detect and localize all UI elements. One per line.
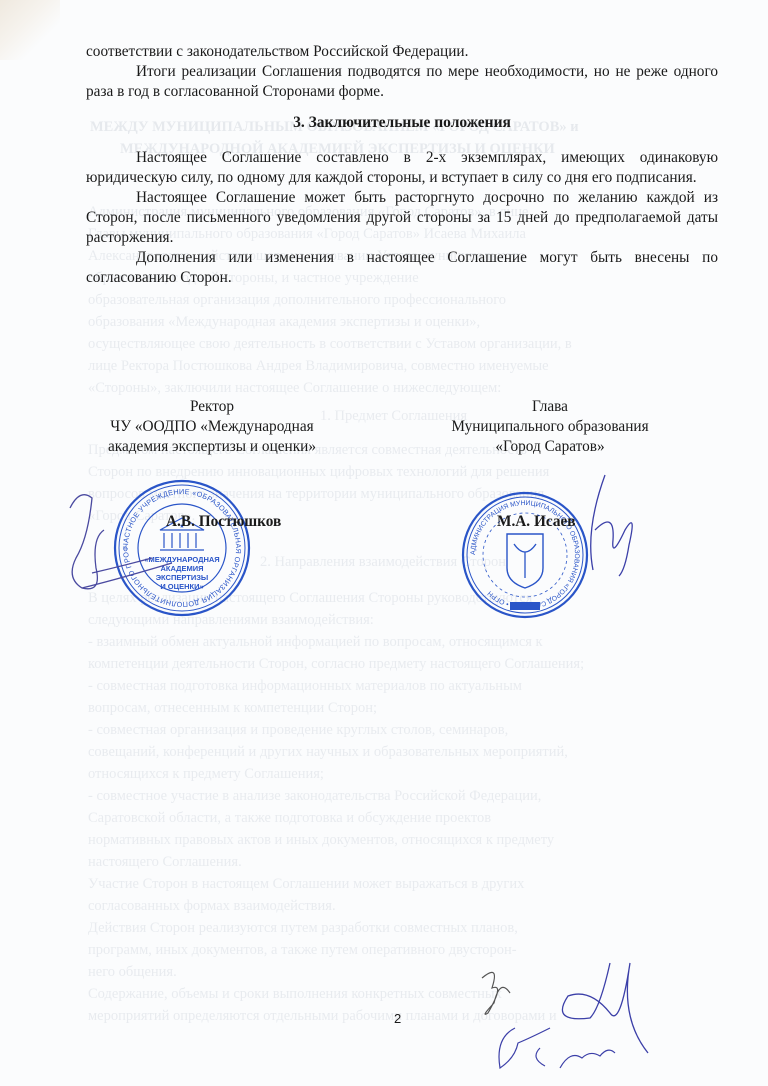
initials-signatures-icon <box>470 958 720 1086</box>
paragraph: Настоящее Соглашение составлено в 2-х эк… <box>86 148 718 188</box>
signatory-title: Глава <box>420 397 680 417</box>
signatory-org: академия экспертизы и оценки» <box>82 437 342 457</box>
paragraph: Итоги реализации Соглашения подводятся п… <box>86 62 718 102</box>
signatory-name-left: А.В. Постюшков <box>166 513 281 531</box>
page-number: 2 <box>394 1011 401 1026</box>
paragraph: Дополнения или изменения в настоящее Сог… <box>86 248 718 288</box>
signature-right-icon <box>575 470 645 580</box>
signatory-title: Ректор <box>82 397 342 417</box>
signatory-name-right: М.А. Исаев <box>497 513 576 531</box>
paragraph: Настоящее Соглашение может быть расторгн… <box>86 188 718 248</box>
document-body: соответствии с законодательством Российс… <box>86 42 718 288</box>
signatory-right: Глава Муниципального образования «Город … <box>420 397 680 457</box>
paragraph: соответствии с законодательством Российс… <box>86 42 718 62</box>
signatory-org: ЧУ «ООДПО «Международная <box>82 417 342 437</box>
signatory-org: «Город Саратов» <box>420 437 680 457</box>
city-administration-stamp-icon: АДМИНИСТРАЦИЯ МУНИЦИПАЛЬНОГО ОБРАЗОВАНИЯ… <box>460 490 590 620</box>
signature-left-icon <box>62 478 182 628</box>
section-title: 3. Заключительные положения <box>86 114 718 132</box>
page-edge-shadow <box>0 0 60 60</box>
signatory-org: Муниципального образования <box>420 417 680 437</box>
signatory-left: Ректор ЧУ «ООДПО «Международная академия… <box>82 397 342 457</box>
